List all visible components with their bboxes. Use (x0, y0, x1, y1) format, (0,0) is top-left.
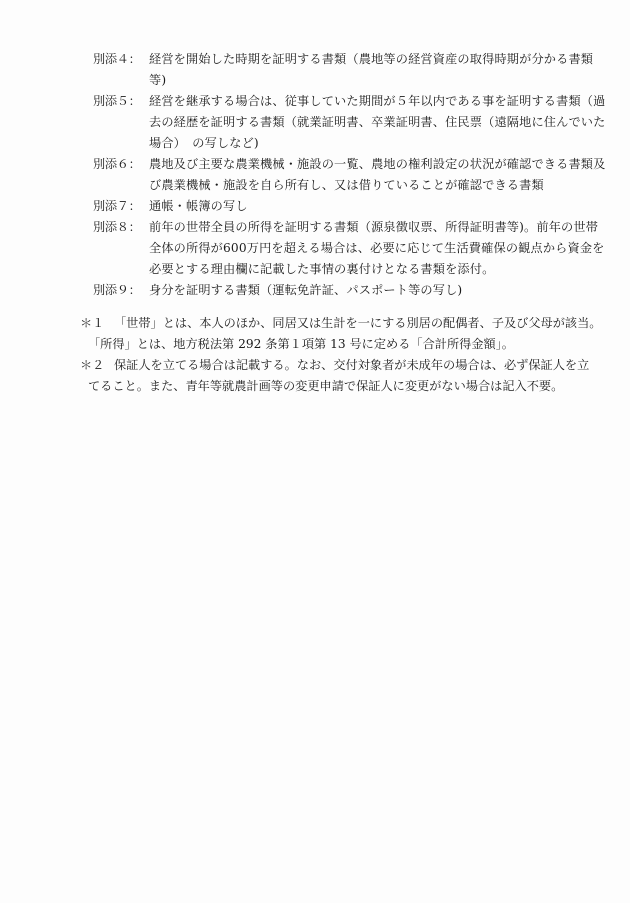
text-line: 保証人を立てる場合は記載する。なお、交付対象者が未成年の場合は、必ず保証人を立 (114, 355, 620, 376)
attachment-item-5: 別添５： 経営を継承する場合は、従事していた期間が５年以内である事を証明する書類… (93, 91, 613, 154)
attachment-description: 経営を開始した時期を証明する書類（農地等の経営資産の取得時期が分かる書類 等) (149, 49, 613, 91)
attachment-label: 別添８： (93, 217, 149, 280)
footnote-1: ＊１ 「世帯」とは、本人のほか、同居又は生計を一にする別居の配偶者、子及び父母が… (80, 313, 620, 355)
text-line: てること。また、青年等就農計画等の変更申請で保証人に変更がない場合は記入不要。 (88, 376, 620, 397)
attachment-item-7: 別添７： 通帳・帳簿の写し (93, 196, 613, 217)
text-line: 等) (149, 70, 613, 91)
footnote-text: 保証人を立てる場合は記載する。なお、交付対象者が未成年の場合は、必ず保証人を立 … (114, 355, 620, 397)
text-line: び農業機械・施設を自ら所有し、又は借りていることが確認できる書類 (149, 175, 613, 196)
text-line: 身分を証明する書類（運転免許証、パスポート等の写し) (149, 280, 613, 301)
footnote-2: ＊２ 保証人を立てる場合は記載する。なお、交付対象者が未成年の場合は、必ず保証人… (80, 355, 620, 397)
text-line: 経営を開始した時期を証明する書類（農地等の経営資産の取得時期が分かる書類 (149, 49, 613, 70)
attachment-item-6: 別添６： 農地及び主要な農業機械・施設の一覧、農地の権利設定の状況が確認できる書… (93, 154, 613, 196)
footnotes: ＊１ 「世帯」とは、本人のほか、同居又は生計を一にする別居の配偶者、子及び父母が… (80, 313, 620, 397)
attachment-list: 別添４： 経営を開始した時期を証明する書類（農地等の経営資産の取得時期が分かる書… (93, 49, 613, 301)
attachment-description: 経営を継承する場合は、従事していた期間が５年以内である事を証明する書類（過 去の… (149, 91, 613, 154)
document-page: 別添４： 経営を開始した時期を証明する書類（農地等の経営資産の取得時期が分かる書… (0, 0, 630, 903)
text-line: 「世帯」とは、本人のほか、同居又は生計を一にする別居の配偶者、子及び父母が該当。 (114, 313, 620, 334)
text-line: 農地及び主要な農業機械・施設の一覧、農地の権利設定の状況が確認できる書類及 (149, 154, 613, 175)
text-line: 全体の所得が600万円を超える場合は、必要に応じて生活費確保の観点から資金を (149, 238, 613, 259)
attachment-description: 農地及び主要な農業機械・施設の一覧、農地の権利設定の状況が確認できる書類及 び農… (149, 154, 613, 196)
attachment-description: 前年の世帯全員の所得を証明する書類（源泉徴収票、所得証明書等)。前年の世帯 全体… (149, 217, 613, 280)
attachment-label: 別添７： (93, 196, 149, 217)
text-line: 「所得」とは、地方税法第 292 条第１項第 13 号に定める「合計所得金額」。 (88, 334, 620, 355)
attachment-label: 別添４： (93, 49, 149, 91)
text-line: 場合） の写しなど) (149, 133, 613, 154)
text-line: 前年の世帯全員の所得を証明する書類（源泉徴収票、所得証明書等)。前年の世帯 (149, 217, 613, 238)
text-line: 通帳・帳簿の写し (149, 196, 613, 217)
attachment-item-4: 別添４： 経営を開始した時期を証明する書類（農地等の経営資産の取得時期が分かる書… (93, 49, 613, 91)
attachment-item-8: 別添８： 前年の世帯全員の所得を証明する書類（源泉徴収票、所得証明書等)。前年の… (93, 217, 613, 280)
text-line: 必要とする理由欄に記載した事情の裏付けとなる書類を添付。 (149, 259, 613, 280)
attachment-item-9: 別添９： 身分を証明する書類（運転免許証、パスポート等の写し) (93, 280, 613, 301)
attachment-description: 身分を証明する書類（運転免許証、パスポート等の写し) (149, 280, 613, 301)
text-line: 経営を継承する場合は、従事していた期間が５年以内である事を証明する書類（過 (149, 91, 613, 112)
text-line: 去の経歴を証明する書類（就業証明書、卒業証明書、住民票（遠隔地に住んでいた (149, 112, 613, 133)
attachment-description: 通帳・帳簿の写し (149, 196, 613, 217)
attachment-label: 別添６： (93, 154, 149, 196)
footnote-text: 「世帯」とは、本人のほか、同居又は生計を一にする別居の配偶者、子及び父母が該当。… (114, 313, 620, 355)
attachment-label: 別添５： (93, 91, 149, 154)
attachment-label: 別添９： (93, 280, 149, 301)
